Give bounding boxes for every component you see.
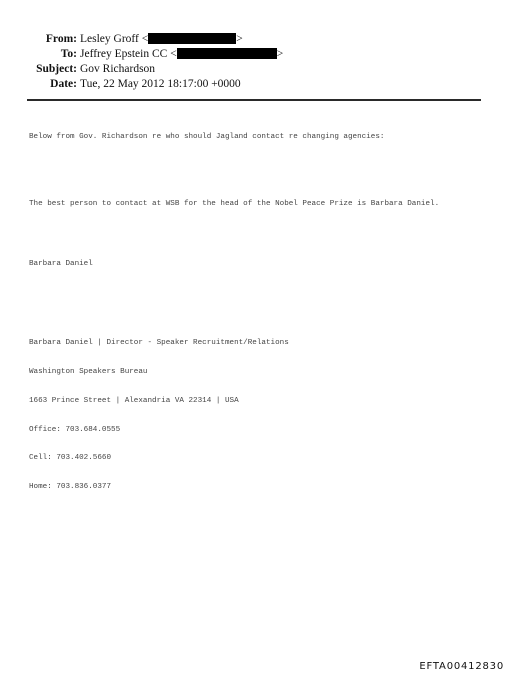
date-value: Tue, 22 May 2012 18:17:00 +0000	[80, 77, 241, 92]
to-label: To:	[61, 47, 77, 62]
to-row: To: Jeffrey Epstein CC <>	[0, 47, 512, 62]
main-paragraph: The best person to contact at WSB for th…	[29, 200, 499, 210]
subject-row: Subject: Gov Richardson	[0, 62, 512, 77]
date-label: Date:	[50, 77, 77, 92]
from-label: From:	[46, 32, 77, 47]
from-row: From: Lesley Groff <>	[0, 32, 512, 47]
from-value: Lesley Groff <>	[80, 32, 243, 47]
subject-label: Subject:	[36, 62, 77, 77]
signature-line: Office: 703.684.0555	[29, 426, 499, 436]
redaction-box	[148, 33, 236, 44]
redaction-box	[177, 48, 277, 59]
signature-line: Washington Speakers Bureau	[29, 368, 499, 378]
email-body: Below from Gov. Richardson re who should…	[29, 114, 499, 522]
document-id: EFTA00412830	[419, 661, 504, 672]
date-row: Date: Tue, 22 May 2012 18:17:00 +0000	[0, 77, 512, 92]
name-line: Barbara Daniel	[29, 260, 499, 270]
header-divider	[27, 99, 481, 101]
signature-line: 1663 Prince Street | Alexandria VA 22314…	[29, 397, 499, 407]
to-name: Jeffrey Epstein CC	[80, 48, 167, 60]
signature-line: Home: 703.836.0377	[29, 483, 499, 493]
subject-value: Gov Richardson	[80, 62, 155, 77]
signature-line: Barbara Daniel | Director - Speaker Recr…	[29, 339, 499, 349]
from-name: Lesley Groff	[80, 33, 139, 45]
signature-line: Cell: 703.402.5660	[29, 454, 499, 464]
intro-paragraph: Below from Gov. Richardson re who should…	[29, 133, 499, 143]
to-value: Jeffrey Epstein CC <>	[80, 47, 283, 62]
email-header: From: Lesley Groff <> To: Jeffrey Epstei…	[0, 32, 512, 92]
signature-block: Barbara Daniel | Director - Speaker Recr…	[29, 320, 499, 512]
